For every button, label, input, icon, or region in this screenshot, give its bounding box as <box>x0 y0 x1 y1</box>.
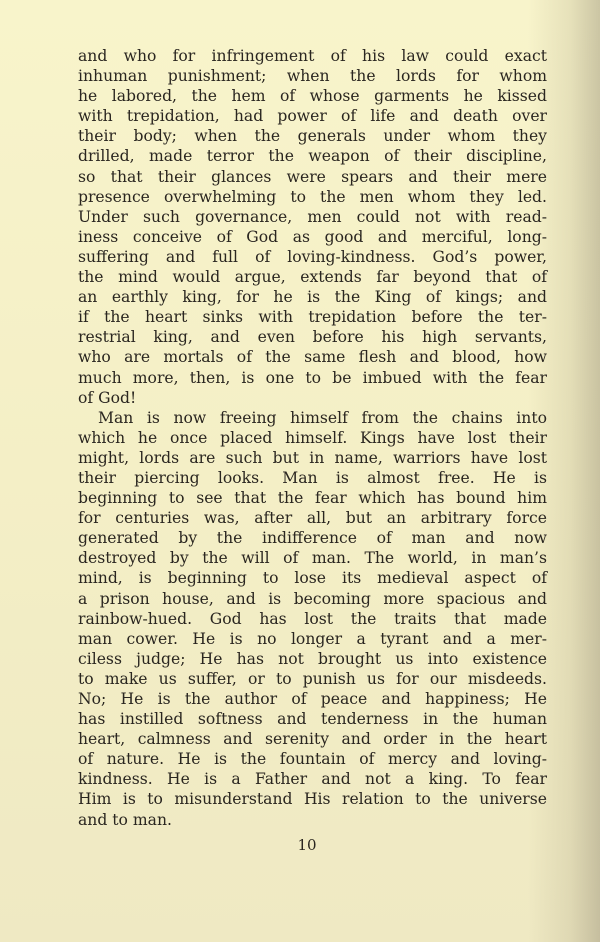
text-line: if the heart sinks with trepidation befo… <box>78 307 547 327</box>
text-line: iness conceive of God as good and mercif… <box>78 227 547 247</box>
text-line: presence overwhelming to the men whom th… <box>78 187 547 207</box>
text-line: of God! <box>78 388 547 408</box>
book-page: and who for infringement of his law coul… <box>0 0 600 942</box>
text-line: ciless judge; He has not brought us into… <box>78 649 547 669</box>
text-line: an earthly king, for he is the King of k… <box>78 287 547 307</box>
text-line: and to man. <box>78 810 547 830</box>
text-line: heart, calmness and serenity and order i… <box>78 729 547 749</box>
text-line: a prison house, and is becoming more spa… <box>78 589 547 609</box>
page-number: 10 <box>0 836 600 854</box>
text-line: of nature. He is the fountain of mercy a… <box>78 749 547 769</box>
text-line: suffering and full of loving-kindness. G… <box>78 247 547 267</box>
text-line: beginning to see that the fear which has… <box>78 488 547 508</box>
text-line: to make us suffer, or to punish us for o… <box>78 669 547 689</box>
text-line: he labored, the hem of whose garments he… <box>78 86 547 106</box>
text-line: their piercing looks. Man is almost free… <box>78 468 547 488</box>
text-line: No; He is the author of peace and happin… <box>78 689 547 709</box>
text-line: rainbow-hued. God has lost the traits th… <box>78 609 547 629</box>
text-line: so that their glances were spears and th… <box>78 167 547 187</box>
text-line: which he once placed himself. Kings have… <box>78 428 547 448</box>
text-line: might, lords are such but in name, warri… <box>78 448 547 468</box>
text-line: drilled, made terror the weapon of their… <box>78 146 547 166</box>
text-line: much more, then, is one to be imbued wit… <box>78 368 547 388</box>
text-line: restrial king, and even before his high … <box>78 327 547 347</box>
body-text: and who for infringement of his law coul… <box>78 46 547 830</box>
text-line: who are mortals of the same flesh and bl… <box>78 347 547 367</box>
text-line: for centuries was, after all, but an arb… <box>78 508 547 528</box>
text-line: with trepidation, had power of life and … <box>78 106 547 126</box>
text-line: has instilled softness and tenderness in… <box>78 709 547 729</box>
text-line: Him is to misunderstand His relation to … <box>78 789 547 809</box>
text-line: generated by the indifference of man and… <box>78 528 547 548</box>
text-line: inhuman punishment; when the lords for w… <box>78 66 547 86</box>
text-line: mind, is beginning to lose its medieval … <box>78 568 547 588</box>
text-line: Under such governance, men could not wit… <box>78 207 547 227</box>
text-line: the mind would argue, extends far beyond… <box>78 267 547 287</box>
text-line: destroyed by the will of man. The world,… <box>78 548 547 568</box>
text-line: and who for infringement of his law coul… <box>78 46 547 66</box>
text-line: kindness. He is a Father and not a king.… <box>78 769 547 789</box>
text-line: man cower. He is no longer a tyrant and … <box>78 629 547 649</box>
text-line: their body; when the generals under whom… <box>78 126 547 146</box>
paragraph-first-line: Man is now freeing himself from the chai… <box>78 408 547 428</box>
